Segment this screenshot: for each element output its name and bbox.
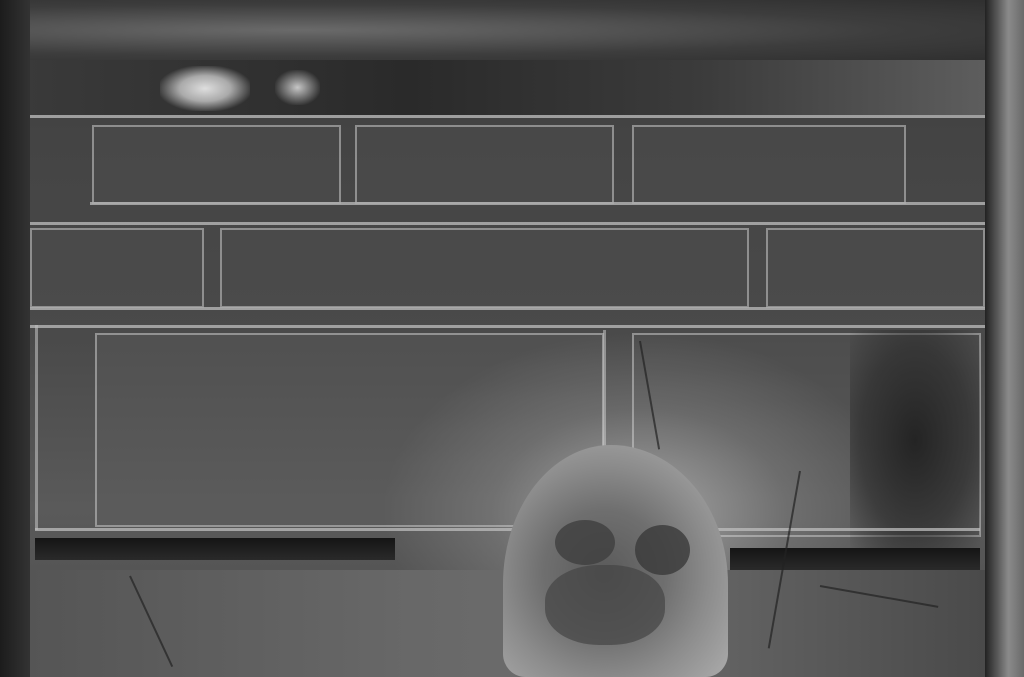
patch-stain-3	[545, 565, 665, 645]
main-zone-top-line	[25, 325, 985, 328]
middle-panel-2	[220, 228, 749, 308]
light-reflection	[160, 66, 250, 111]
upper-panel-3	[632, 125, 906, 204]
upper-cornice	[0, 0, 1000, 60]
dado-dark-stripe-left	[35, 538, 395, 560]
upper-panel-2	[355, 125, 614, 204]
left-wall-edge	[0, 0, 30, 677]
frieze-line-lower	[25, 222, 985, 225]
dark-stain	[850, 330, 980, 550]
dado-dark-stripe-right	[730, 548, 980, 570]
wall-photograph	[0, 0, 1024, 677]
upper-panel-1	[92, 125, 341, 204]
light-reflection-small	[275, 70, 320, 105]
patch-stain-1	[555, 520, 615, 565]
patch-stain-2	[635, 525, 690, 575]
right-wall-edge	[985, 0, 1024, 677]
pilaster-line-left	[35, 325, 38, 530]
middle-panel-3	[766, 228, 985, 308]
middle-panel-1	[30, 228, 204, 308]
dado-top-line	[35, 528, 980, 531]
frieze-line-top	[25, 115, 990, 118]
